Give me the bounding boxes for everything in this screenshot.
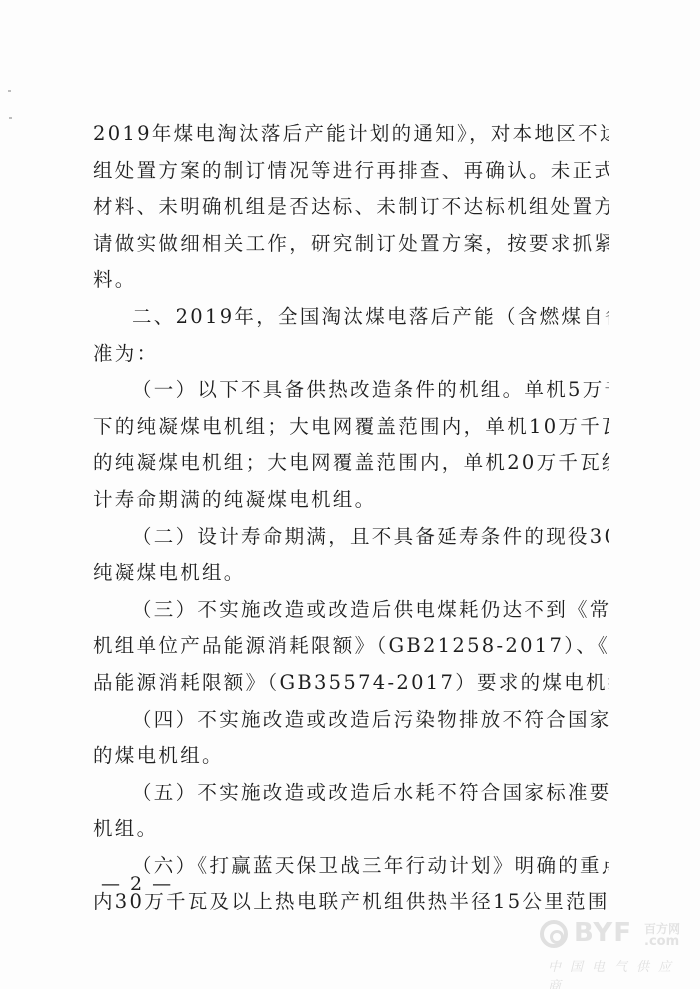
byf-watermark: BYF 百方网 .com 中国电气供应商 [540,918,690,983]
text-line: 准为： [93,336,609,373]
text-line: （三）不实施改造或改造后供电煤耗仍达不到《常规燃煤发电 [93,592,609,629]
binding-mark [8,90,11,92]
page-number: — 2 — [101,873,173,895]
binding-mark [9,117,12,119]
text-line: 二、2019年，全国淘汰煤电落后产能（含燃煤自备机组）的标 [93,299,609,336]
text-line: 料。 [93,262,609,299]
text-line: （四）不实施改造或改造后污染物排放不符合国家环保要求 [93,702,609,739]
text-line: 组处置方案的制订情况等进行再排查、再确认。未正式报送相关 [93,153,609,190]
text-line: 计寿命期满的纯凝煤电机组。 [93,482,609,519]
text-line: 纯凝煤电机组。 [93,555,609,592]
document-body: 2019年煤电淘汰落后产能计划的通知》，对本地区不达标煤电机组处置方案的制订情况… [93,116,609,921]
text-line: 机组。 [93,811,609,848]
text-line: 机组单位产品能源消耗限额》（GB21258-2017）、《热电联产单位产 [93,628,609,665]
text-line: 2019年煤电淘汰落后产能计划的通知》，对本地区不达标煤电机 [93,116,609,153]
text-line: 材料、未明确机组是否达标、未制订不达标机组处置方案的地区， [93,189,609,226]
watermark-domain: .com [644,934,679,949]
byf-logo-icon [540,920,568,948]
text-line: （一）以下不具备供热改造条件的机组。单机5万千瓦及以 [93,372,609,409]
text-line: 的煤电机组。 [93,738,609,775]
text-line: （二）设计寿命期满，且不具备延寿条件的现役30万千瓦级 [93,519,609,556]
document-page: 2019年煤电淘汰落后产能计划的通知》，对本地区不达标煤电机组处置方案的制订情况… [0,0,700,989]
text-line: （五）不实施改造或改造后水耗不符合国家标准要求的煤电 [93,775,609,812]
text-line: 请做实做细相关工作，研究制订处置方案，按要求抓紧报送相关材 [93,226,609,263]
watermark-brand: BYF [574,918,632,948]
watermark-slogan: 中国电气供应商 [548,956,690,989]
text-line: 下的纯凝煤电机组；大电网覆盖范围内，单机10万千瓦级及以下 [93,409,609,446]
text-line: 的纯凝煤电机组；大电网覆盖范围内，单机20万千瓦级及以下设 [93,445,609,482]
text-line: 品能源消耗限额》（GB35574-2017）要求的煤电机组。 [93,665,609,702]
